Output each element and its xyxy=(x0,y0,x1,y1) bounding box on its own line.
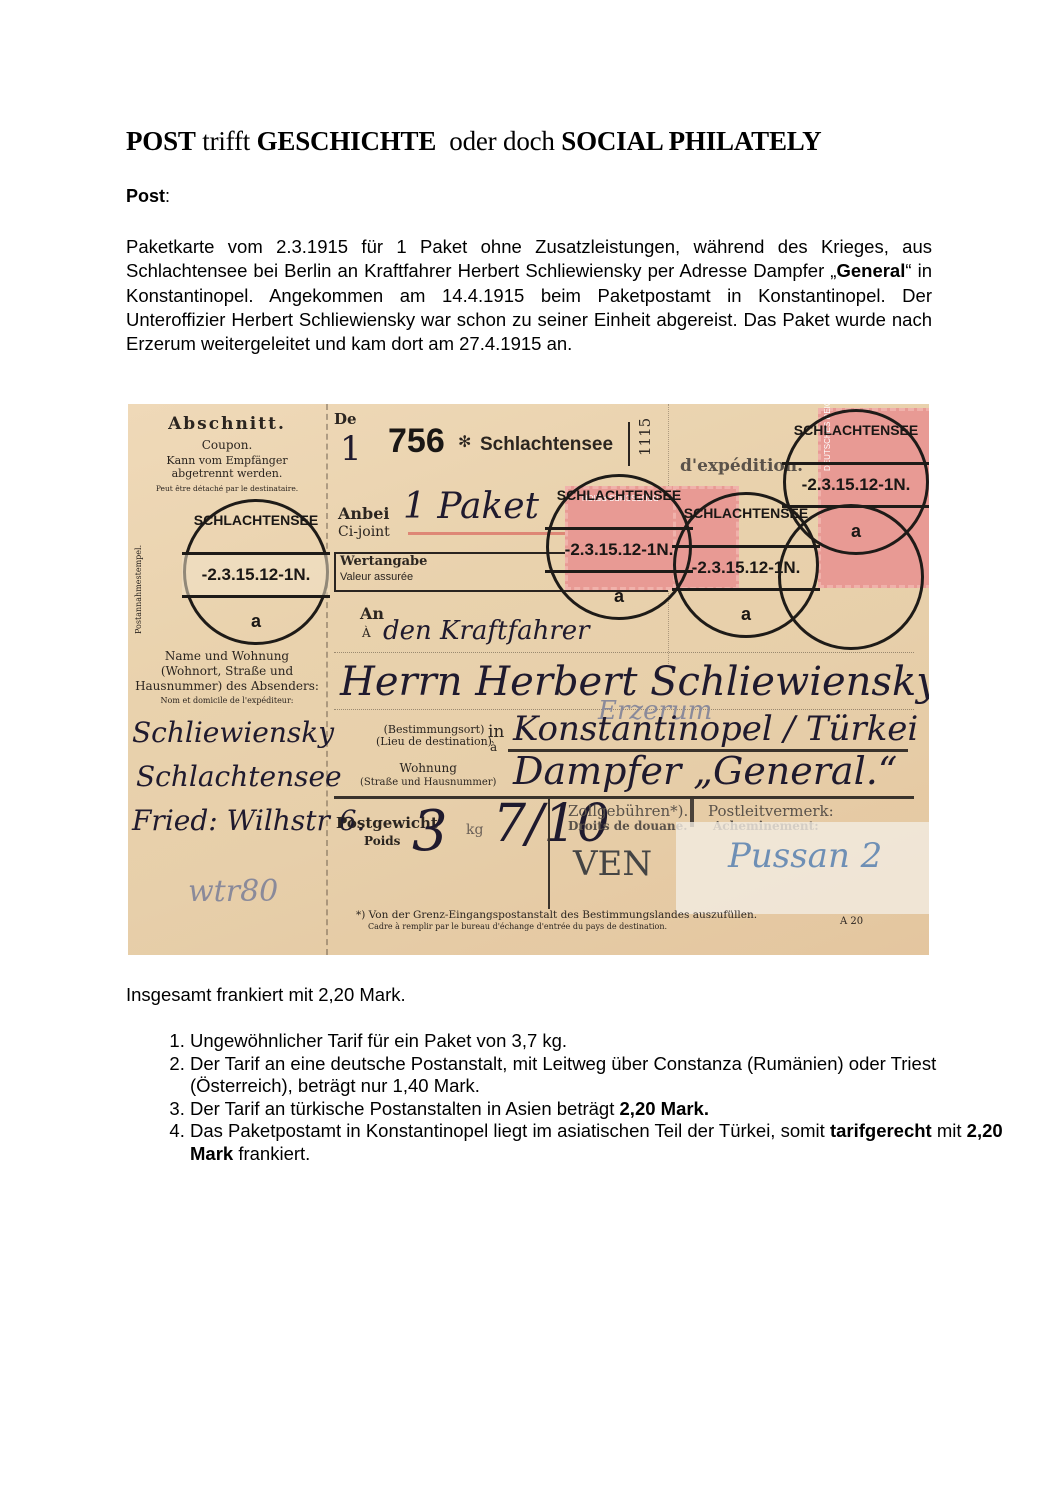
title-part: trifft xyxy=(196,126,257,156)
destination-label-fr: (Lieu de destination) xyxy=(376,735,492,748)
list-item: Das Paketpostamt in Konstantinopel liegt… xyxy=(190,1120,1010,1165)
list-item: Der Tarif an türkische Postanstalten in … xyxy=(190,1098,1010,1121)
wohnung-label: Wohnung(Straße und Hausnummer) xyxy=(360,762,496,789)
section-heading: Post: xyxy=(126,186,170,207)
postmark-date: -2.3.15.12-1N. xyxy=(545,527,693,573)
weight-value: 3 xyxy=(412,799,448,864)
destination-label: (Bestimmungsort)(Lieu de destination) xyxy=(376,724,492,748)
anbei-value: 1 Paket xyxy=(403,486,539,527)
title-part: POST xyxy=(126,126,196,156)
coupon-note-fr: Peut être détaché par le destinataire. xyxy=(128,484,326,493)
intro-bold: General xyxy=(836,260,905,281)
postmark-suffix: a xyxy=(186,611,326,632)
summary-text: Insgesamt frankiert mit 2,20 Mark. xyxy=(126,984,406,1006)
count-handwritten: 1 xyxy=(340,429,362,469)
list-item-text: mit xyxy=(932,1120,967,1141)
wertangabe-label: Wertangabe xyxy=(340,554,427,569)
section-colon: : xyxy=(165,186,170,206)
intro-paragraph: Paketkarte vom 2.3.1915 für 1 Paket ohne… xyxy=(126,235,932,356)
sender-label-fr: Nom et domicile de l'expéditeur: xyxy=(128,696,326,705)
red-underline xyxy=(408,532,568,535)
divider xyxy=(548,799,550,909)
coupon-heading-fr: Coupon. xyxy=(128,438,326,452)
customs-label: Zollgebühren*). xyxy=(568,802,688,820)
postmark-name: SCHLACHTENSEE xyxy=(186,512,326,528)
coupon-heading: Abschnitt. xyxy=(128,414,326,434)
postmark-date: -2.3.15.12-1N. xyxy=(782,462,929,508)
sender-street: Fried: Wilhstr 6. xyxy=(132,804,365,837)
list-item-text: Der Tarif an türkische Postanstalten in … xyxy=(190,1098,620,1119)
perforation-line xyxy=(326,404,328,955)
title-part: SOCIAL PHILATELY xyxy=(561,126,821,156)
postmark: SCHLACHTENSEE -2.3.15.12-1N. a xyxy=(546,474,692,620)
parcel-card-image: Abschnitt. Coupon. Kann vom Empfänger ab… xyxy=(128,404,929,955)
list-item-text: Ungewöhnlicher Tarif für ein Paket von 3… xyxy=(190,1030,567,1051)
postmark-date: -2.3.15.12-1N. xyxy=(182,552,330,598)
postmark-name: SCHLACHTENSEE xyxy=(786,422,926,438)
list-item: Der Tarif an eine deutsche Postanstalt, … xyxy=(190,1053,1010,1098)
intro-text: Paketkarte vom 2.3.1915 für 1 Paket ohne… xyxy=(126,236,932,281)
list-item: Ungewöhnlicher Tarif für ein Paket von 3… xyxy=(190,1030,1010,1053)
list-item-bold: tarifgerecht xyxy=(830,1120,932,1141)
page-title: POST trifft GESCHICHTE oder doch SOCIAL … xyxy=(126,126,821,157)
an-fr: À xyxy=(362,626,371,640)
weight-fr: Poids xyxy=(364,834,400,848)
pencil-note: wtr80 xyxy=(188,874,278,909)
sender-label: Name und Wohnung (Wohnort, Straße und Ha… xyxy=(128,649,326,694)
list-item-bold: 2,20 Mark. xyxy=(620,1098,709,1119)
de-label: De xyxy=(334,410,357,428)
routing-value: Pussan 2 xyxy=(728,836,882,876)
form-code: A 20 xyxy=(840,916,863,927)
an-label: An xyxy=(360,604,384,623)
line xyxy=(334,652,914,653)
divider xyxy=(628,422,630,466)
office-name: Schlachtensee xyxy=(480,434,613,456)
wertangabe-fr: Valeur assurée xyxy=(340,571,413,583)
postmark-coupon: SCHLACHTENSEE -2.3.15.12-1N. a xyxy=(183,499,329,645)
a-label: à xyxy=(490,740,497,754)
recipient-line-1: den Kraftfahrer xyxy=(383,616,590,646)
list-item-text: Der Tarif an eine deutsche Postanstalt, … xyxy=(190,1053,936,1097)
sender-name: Schliewiensky xyxy=(132,716,334,749)
asterisk: ✻ xyxy=(458,432,471,451)
postmark-name: SCHLACHTENSEE xyxy=(549,487,689,503)
wohnung-value: Dampfer „General.“ xyxy=(513,749,897,793)
coupon-note: Kann vom Empfänger abgetrennt werden. xyxy=(128,454,326,480)
anbei-fr: Ci-joint xyxy=(338,524,390,540)
wohnung-label-de: Wohnung xyxy=(400,761,457,775)
parcel-number: 756 xyxy=(388,422,445,461)
anbei-label: Anbei xyxy=(338,504,390,523)
wohnung-sub: (Straße und Hausnummer) xyxy=(360,777,496,788)
weight-unit: kg xyxy=(466,822,483,838)
footnote-de: *) Von der Grenz-Eingangspostanstalt des… xyxy=(356,909,757,921)
footnote-fr: Cadre à remplir par le bureau d'échange … xyxy=(368,922,667,931)
tariff-list: Ungewöhnlicher Tarif für ein Paket von 3… xyxy=(126,1030,1010,1166)
postmark-suffix: a xyxy=(549,586,689,607)
list-item-text: Das Paketpostamt in Konstantinopel liegt… xyxy=(190,1120,830,1141)
destination-value: Konstantinopel / Türkei xyxy=(513,709,918,749)
routing-label: Postleitvermerk: xyxy=(708,802,834,820)
postmark xyxy=(778,504,924,650)
in-label: in xyxy=(488,722,504,742)
office-code: 1115 xyxy=(636,418,654,456)
list-item-text: frankiert. xyxy=(233,1143,310,1164)
section-label: Post xyxy=(126,186,165,206)
sender-town: Schlachtensee xyxy=(136,760,342,793)
coupon-side-label: Postannahmestempel. xyxy=(134,545,143,634)
title-part: oder doch xyxy=(436,126,561,156)
customs-value: VEN xyxy=(573,844,652,884)
customs-fr: Droits de douane. xyxy=(568,819,687,833)
title-part: GESCHICHTE xyxy=(257,126,437,156)
